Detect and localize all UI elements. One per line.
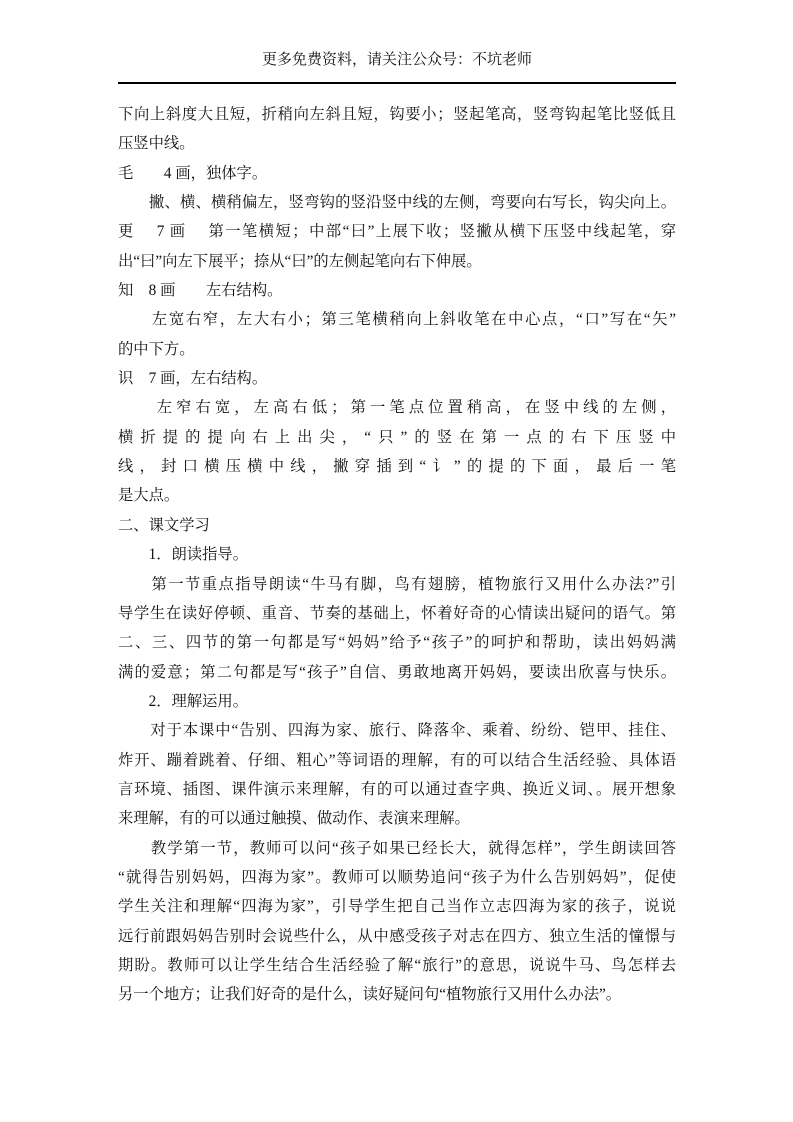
text-line: 2．理解运用。 — [118, 687, 676, 716]
text-line: 出“曰”向左下展平；捺从“曰”的左侧起笔向右下伸展。 — [118, 247, 676, 276]
text-line: 识 7 画，左右结构。 — [118, 364, 676, 393]
text-line: 满的爱意；第二句都是写“孩子”自信、勇敢地离开妈妈，要读出欣喜与快乐。 — [118, 658, 676, 687]
text-line: 炸开、蹦着跳着、仔细、粗心”等词语的理解，有的可以结合生活经验、具体语 — [118, 746, 676, 775]
header-promo-text: 更多免费资料，请关注公众号：不坑老师 — [262, 52, 532, 68]
text-line: 期盼。教师可以让学生结合生活经验了解“旅行”的意思，说说牛马、鸟怎样去 — [118, 951, 676, 980]
text-line: 是大点。 — [118, 481, 676, 510]
text-line: 左宽右窄，左大右小；第三笔横稍向上斜收笔在中心点，“口”写在“矢” — [118, 305, 676, 334]
text-line: 撇、横、横稍偏左，竖弯钩的竖沿竖中线的左侧，弯要向右写长，钩尖向上。 — [118, 188, 676, 217]
text-line: 知 8 画 左右结构。 — [118, 276, 676, 305]
text-line: 1．朗读指导。 — [118, 540, 676, 569]
text-line: 下向上斜度大且短，折稍向左斜且短，钩要小；竖起笔高，竖弯钩起笔比竖低且 — [118, 100, 676, 129]
text-line: 线，封口横压横中线，撇穿插到“讠”的提的下面，最后一笔 — [118, 452, 676, 481]
text-line: 对于本课中“告别、四海为家、旅行、降落伞、乘着、纷纷、铠甲、挂住、 — [118, 716, 676, 745]
text-line: 远行前跟妈妈告别时会说些什么，从中感受孩子对志在四方、独立生活的憧憬与 — [118, 922, 676, 951]
document-body: 下向上斜度大且短，折稍向左斜且短，钩要小；竖起笔高，竖弯钩起笔比竖低且压竖中线。… — [118, 100, 676, 1010]
text-line: 的中下方。 — [118, 335, 676, 364]
text-line: 来理解，有的可以通过触摸、做动作、表演来理解。 — [118, 804, 676, 833]
text-line: 第一节重点指导朗读“牛马有脚，鸟有翅膀，植物旅行又用什么办法?”引 — [118, 570, 676, 599]
text-line: 二、三、四节的第一句都是写“妈妈”给予“孩子”的呵护和帮助，读出妈妈满 — [118, 628, 676, 657]
text-line: 教学第一节，教师可以问“孩子如果已经长大，就得怎样”，学生朗读回答 — [118, 834, 676, 863]
text-line: 左窄右宽，左高右低；第一笔点位置稍高，在竖中线的左侧， — [118, 393, 676, 422]
text-line: 言环境、插图、课件演示来理解，有的可以通过查字典、换近义词、。展开想象 — [118, 775, 676, 804]
document-page: 更多免费资料，请关注公众号：不坑老师 下向上斜度大且短，折稍向左斜且短，钩要小；… — [0, 0, 793, 1122]
page-header: 更多免费资料，请关注公众号：不坑老师 — [118, 50, 676, 84]
text-line: 横折提的提向右上出尖，“只”的竖在第一点的右下压竖中 — [118, 423, 676, 452]
text-line: 导学生在读好停顿、重音、节奏的基础上，怀着好奇的心情读出疑问的语气。第 — [118, 599, 676, 628]
text-line: 二、课文学习 — [118, 511, 676, 540]
text-line: 压竖中线。 — [118, 129, 676, 158]
text-line: “就得告别妈妈，四海为家”。教师可以顺势追问“孩子为什么告别妈妈”，促使 — [118, 863, 676, 892]
text-line: 更 7 画 第一笔横短；中部“曰”上展下收；竖撇从横下压竖中线起笔，穿 — [118, 217, 676, 246]
text-line: 另一个地方；让我们好奇的是什么，读好疑问句“植物旅行又用什么办法”。 — [118, 980, 676, 1009]
text-line: 学生关注和理解“四海为家”，引导学生把自己当作立志四海为家的孩子，说说 — [118, 892, 676, 921]
text-line: 毛 4 画，独体字。 — [118, 159, 676, 188]
